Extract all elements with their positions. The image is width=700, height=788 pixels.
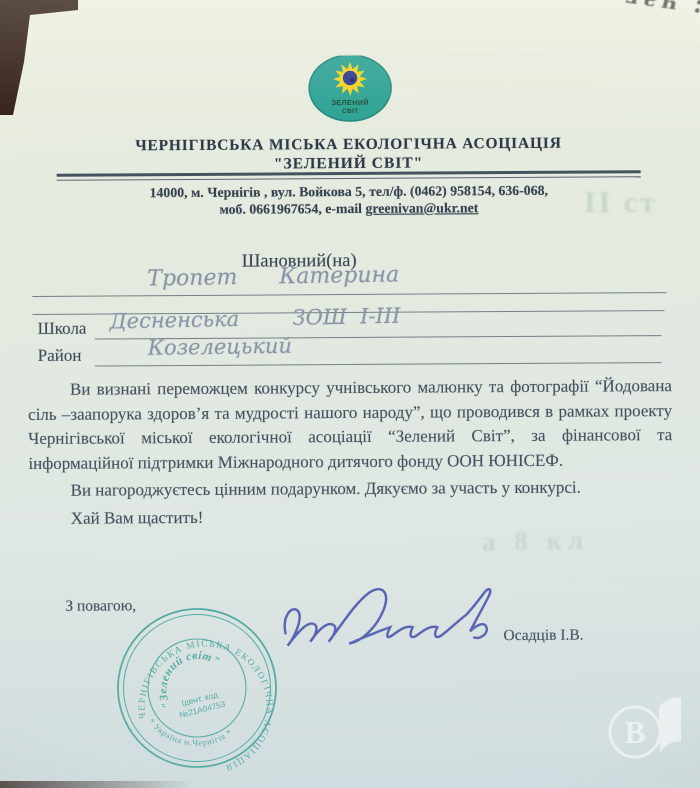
address-line2: моб. 0661967654, e-mail greenivan@ukr.ne… — [0, 199, 699, 219]
body-paragraph-3: Хай Вам щастить! — [29, 503, 673, 531]
email-text: greenivan@ukr.net — [365, 200, 478, 216]
letter-body: Ви визнані переможцем конкурсу учнівсько… — [28, 374, 673, 534]
recipient-name-handwritten: Тропет Катерина — [147, 262, 399, 291]
district-handwritten: Козелецький — [148, 334, 293, 360]
handwritten-signature — [270, 576, 498, 658]
school-label: Школа — [38, 319, 87, 339]
photo-of-letter: ІІ ст а 8 кл ЗЕЛЕНИЙ СВІТ ЧЕРНІГІВСЬКА М… — [0, 0, 700, 788]
signer-name: Осадців І.В. — [503, 627, 583, 645]
district-label: Район — [38, 346, 82, 366]
ruled-line — [95, 362, 662, 366]
body-paragraph-1: Ви визнані переможцем конкурсу учнівсько… — [28, 374, 673, 476]
org-round-stamp: ЧЕРНІГІВСЬКА МІСЬКА ЕКОЛОГІЧНА АСОЦІАЦІЯ… — [112, 603, 282, 773]
logo-text-line1: ЗЕЛЕНИЙ — [331, 98, 369, 107]
logo-text-line2: СВІТ — [342, 108, 359, 115]
address-line2-prefix: моб. 0661967654, e-mail — [219, 201, 365, 217]
body-paragraph-2: Ви нагороджуєтесь цінним подарунком. Дяк… — [29, 475, 673, 503]
letter-content: ЗЕЛЕНИЙ СВІТ ЧЕРНІГІВСЬКА МІСЬКА ЕКОЛОГІ… — [0, 0, 700, 788]
green-world-logo-icon: ЗЕЛЕНИЙ СВІТ — [306, 52, 394, 125]
school-handwritten: Десненська ЗОШ І-ІІІ — [109, 304, 400, 334]
ruled-line — [32, 292, 666, 297]
